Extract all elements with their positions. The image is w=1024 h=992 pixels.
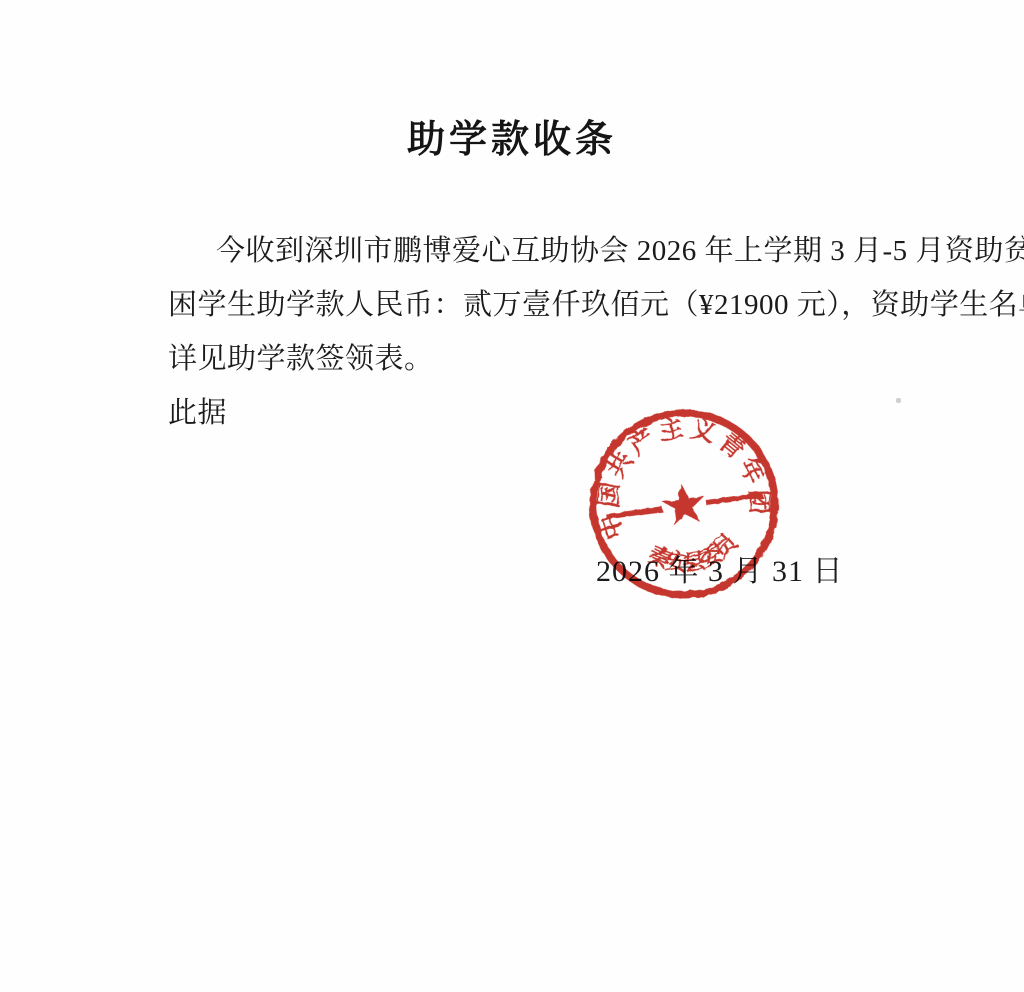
date-text: 2026 年 3 月 31 日 (596, 546, 844, 590)
scanned-receipt-page: 助学款收条 今收到深圳市鹏博爱心互助协会 2026 年上学期 3 月-5 月资助… (0, 0, 1024, 992)
body-line: 此据 (168, 390, 868, 444)
seal-right-dash (706, 495, 762, 503)
body-line: 困学生助学款人民币：贰万壹仟玖佰元（¥21900 元），资助学生名单 (168, 282, 868, 336)
body-line: 详见助学款签领表。 (168, 336, 868, 390)
document-title: 助学款收条 (0, 108, 1024, 163)
scan-speck (896, 398, 901, 403)
body-line: 今收到深圳市鹏博爱心互助协会 2026 年上学期 3 月-5 月资助贫 (168, 228, 868, 282)
body-paragraph: 今收到深圳市鹏博爱心互助协会 2026 年上学期 3 月-5 月资助贫 困学生助… (168, 228, 868, 444)
star-icon (660, 481, 707, 526)
seal-left-dash (606, 509, 662, 517)
